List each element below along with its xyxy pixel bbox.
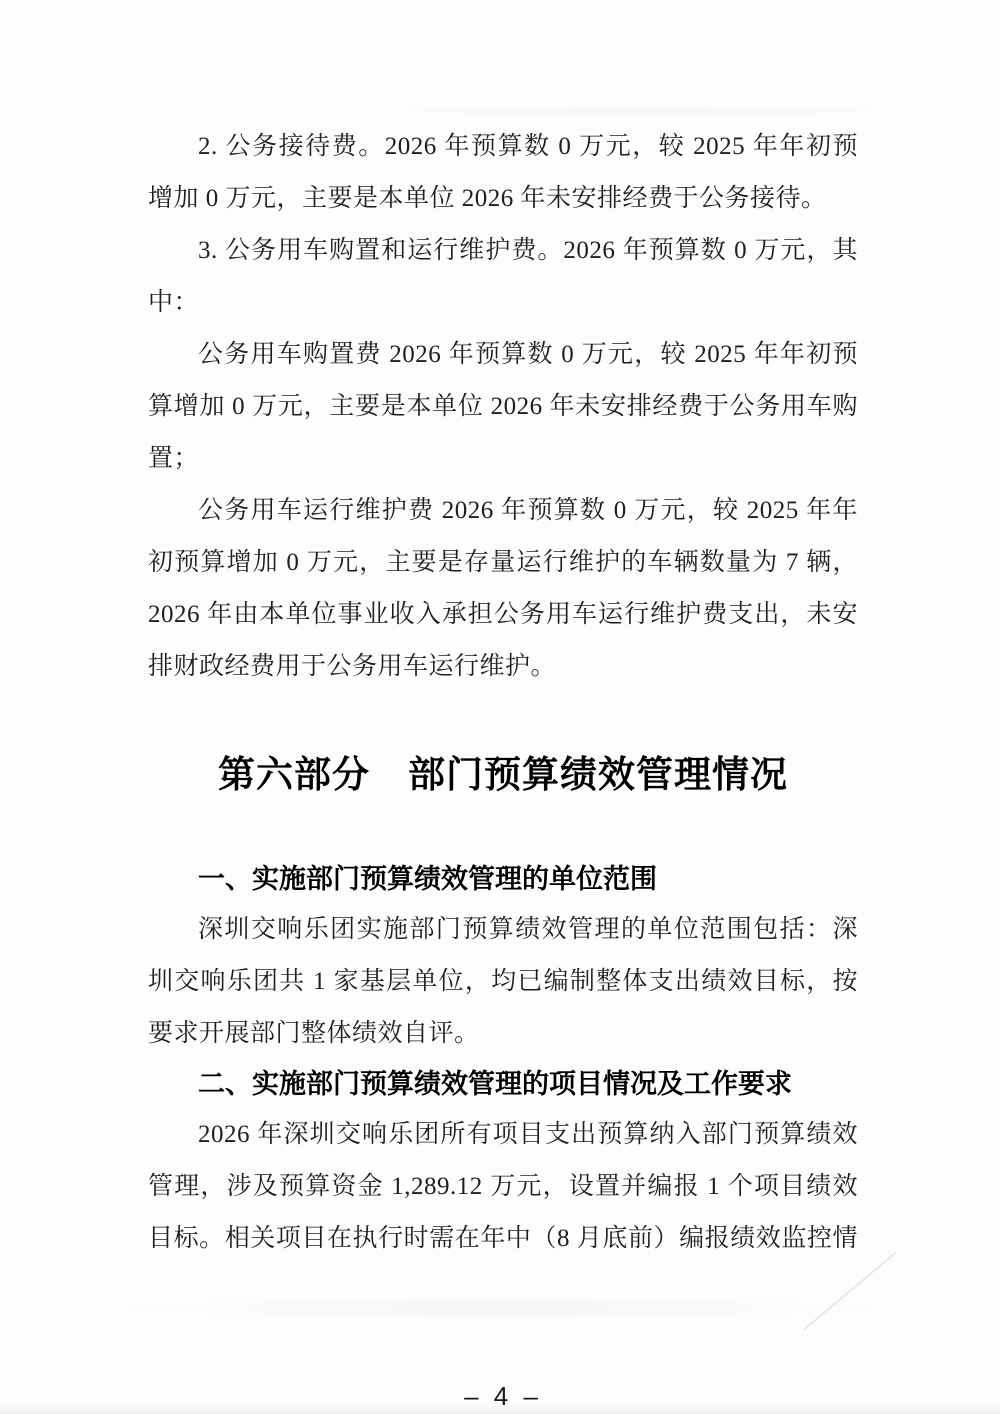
- text-line: 增加 0 万元，主要是本单位 2026 年未安排经费于公务接待。: [148, 173, 858, 225]
- text-line: 2. 公务接待费。2026 年预算数 0 万元，较 2025 年年初预算: [148, 121, 858, 173]
- text-line: 公务用车购置费 2026 年预算数 0 万元，较 2025 年年初预: [148, 329, 858, 381]
- scan-artifact-edge-shadow: [0, 1405, 1000, 1414]
- text-line: 2026 年由本单位事业收入承担公务用车运行维护费支出，未安: [148, 589, 858, 641]
- part-six-heading: 第六部分 部门预算绩效管理情况: [148, 748, 858, 802]
- scan-artifact-band: [120, 1295, 880, 1321]
- text-line: 要求开展部门整体绩效自评。: [148, 1008, 858, 1060]
- text-line: 目标。相关项目在执行时需在年中（8 月底前）编报绩效监控情: [148, 1213, 858, 1265]
- text-line: 圳交响乐团共 1 家基层单位，均已编制整体支出绩效目标，按: [148, 956, 858, 1008]
- text-line: 2026 年深圳交响乐团所有项目支出预算纳入部门预算绩效: [148, 1109, 858, 1161]
- text-line: 中：: [148, 277, 858, 329]
- paragraph-project-requirements: 2026 年深圳交响乐团所有项目支出预算纳入部门预算绩效 管理，涉及预算资金 1…: [148, 1109, 858, 1265]
- expense-paragraphs-section: 2. 公务接待费。2026 年预算数 0 万元，较 2025 年年初预算 增加 …: [148, 121, 858, 693]
- text-line: 初预算增加 0 万元，主要是存量运行维护的车辆数量为 7 辆，: [148, 537, 858, 589]
- text-line: 3. 公务用车购置和运行维护费。2026 年预算数 0 万元，其: [148, 225, 858, 277]
- scan-artifact-smudge: [350, 106, 930, 116]
- subheading-unit-scope: 一、实施部门预算绩效管理的单位范围: [148, 853, 858, 905]
- text-line: 排财政经费用于公务用车运行维护。: [148, 641, 858, 693]
- text-line: 深圳交响乐团实施部门预算绩效管理的单位范围包括：深: [148, 904, 858, 956]
- text-line: 公务用车运行维护费 2026 年预算数 0 万元，较 2025 年年: [148, 485, 858, 537]
- text-line: 管理，涉及预算资金 1,289.12 万元，设置并编报 1 个项目绩效: [148, 1161, 858, 1213]
- text-line: 算增加 0 万元，主要是本单位 2026 年未安排经费于公务用车购: [148, 381, 858, 433]
- paragraph-unit-scope: 深圳交响乐团实施部门预算绩效管理的单位范围包括：深 圳交响乐团共 1 家基层单位…: [148, 904, 858, 1060]
- document-page: 2. 公务接待费。2026 年预算数 0 万元，较 2025 年年初预算 增加 …: [0, 0, 1000, 1414]
- subheading-project-requirements: 二、实施部门预算绩效管理的项目情况及工作要求: [148, 1058, 858, 1110]
- text-line: 置；: [148, 433, 858, 485]
